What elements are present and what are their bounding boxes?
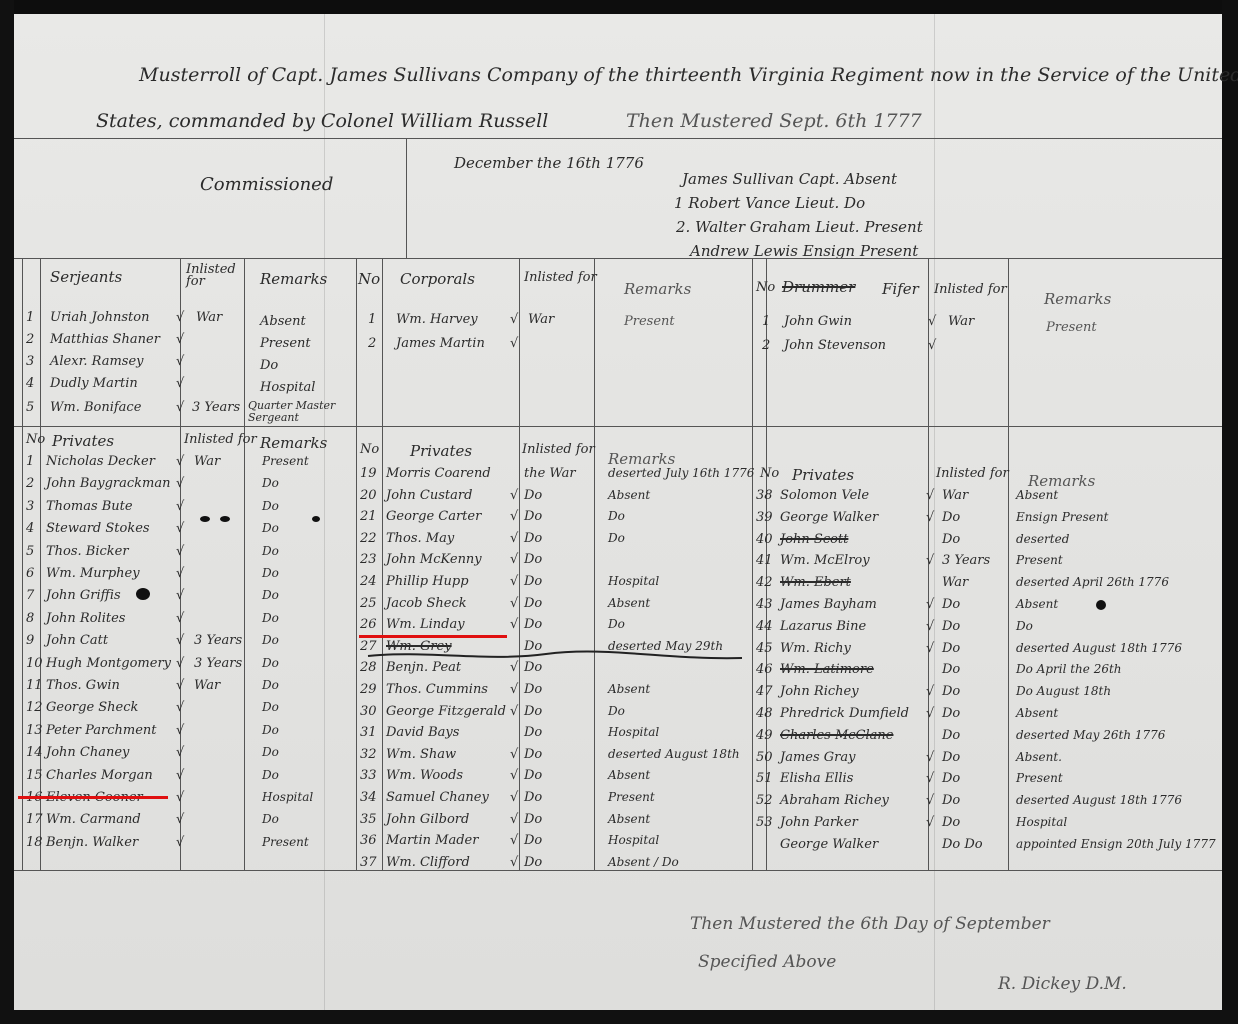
soldier-name: Thos. Bicker: [46, 544, 129, 559]
row-number: 6: [26, 566, 34, 581]
check-mark: √: [926, 771, 934, 786]
soldier-name: Elisha Ellis: [780, 771, 853, 786]
row-number: 52: [756, 793, 773, 808]
enlisted-term: 3 Years: [194, 656, 242, 671]
enlisted-term: Do: [942, 510, 960, 525]
soldier-name: Wm. Latimore: [780, 662, 874, 677]
remark: Present: [624, 314, 675, 329]
rule: [14, 138, 1222, 139]
officer-entry: James Sullivan Capt. Absent: [682, 170, 897, 188]
check-mark: √: [176, 723, 184, 738]
muster-roll-document: Musterroll of Capt. James Sullivans Comp…: [14, 14, 1222, 1010]
remark: Ensign Present: [1016, 510, 1108, 524]
check-mark: √: [510, 617, 518, 632]
row-number: 3: [26, 499, 34, 514]
soldier-name: David Bays: [386, 725, 459, 740]
row-number: 4: [26, 376, 34, 391]
remark: Do April the 26th: [1016, 662, 1122, 676]
check-mark: √: [510, 682, 518, 697]
check-mark: √: [176, 700, 184, 715]
soldier-name: Wm. Boniface: [50, 400, 141, 415]
check-mark: √: [510, 833, 518, 848]
column-header-number: No: [26, 432, 45, 447]
row-number: 8: [26, 611, 34, 626]
remark: Do: [262, 812, 279, 826]
row-number: 48: [756, 706, 773, 721]
row-number: 3: [26, 354, 34, 369]
row-number: 34: [360, 790, 377, 805]
soldier-name: George Walker: [780, 510, 878, 525]
soldier-name: Benjn. Walker: [46, 835, 138, 850]
enlisted-term: Do Do: [942, 837, 983, 852]
check-mark: √: [176, 476, 184, 491]
soldier-name: Wm. McElroy: [780, 553, 870, 568]
remark: deserted May 26th 1776: [1016, 728, 1165, 742]
remark: Do: [608, 531, 625, 545]
row-number: 1: [26, 454, 34, 469]
row-number: 1: [368, 312, 376, 327]
column-header-number: No: [756, 280, 775, 295]
enlisted-term: Do: [942, 771, 960, 786]
row-number: 13: [26, 723, 43, 738]
soldier-name: George Walker: [780, 837, 878, 852]
soldier-name: Charles Morgan: [46, 768, 153, 783]
enlisted-term: Do: [942, 706, 960, 721]
enlisted-term: Do: [942, 793, 960, 808]
column-header-privates: Privates: [792, 466, 854, 484]
enlisted-term: Do: [942, 728, 960, 743]
scan-border-left: [0, 0, 14, 1024]
row-number: 2: [26, 332, 34, 347]
check-mark: √: [510, 574, 518, 589]
remark: Do: [262, 521, 279, 535]
check-mark: √: [176, 310, 184, 325]
remark: Present: [260, 336, 311, 351]
scan-border-bottom: [0, 1010, 1238, 1024]
enlisted-term: War: [942, 575, 968, 590]
remark: Hospital: [262, 790, 313, 804]
soldier-name: James Gray: [780, 750, 855, 765]
highlight-underline-eleven-cooner: [18, 796, 168, 799]
check-mark: √: [510, 312, 518, 327]
soldier-name: George Carter: [386, 509, 481, 524]
row-number: 12: [26, 700, 43, 715]
soldier-name: Martin Mader: [386, 833, 478, 848]
row-number: 2: [762, 338, 770, 353]
row-number: 21: [360, 509, 377, 524]
enlisted-term: Do: [524, 855, 542, 870]
soldier-name: John Richey: [780, 684, 859, 699]
remark: Do: [262, 768, 279, 782]
soldier-name: Nicholas Decker: [46, 454, 155, 469]
enlisted-term: Do: [942, 641, 960, 656]
check-mark: √: [926, 488, 934, 503]
soldier-name: John Baygrackman: [46, 476, 170, 491]
remark: Do: [262, 499, 279, 513]
remark: Absent: [608, 488, 650, 502]
check-mark: √: [176, 332, 184, 347]
check-mark: √: [176, 544, 184, 559]
remark: deserted August 18th 1776: [1016, 641, 1182, 655]
remark: Hospital: [608, 833, 659, 847]
row-number: 29: [360, 682, 377, 697]
check-mark: √: [510, 531, 518, 546]
remark: Absent: [608, 812, 650, 826]
remark: appointed Ensign 20th July 1777: [1016, 837, 1216, 851]
enlisted-term: War: [196, 310, 222, 325]
row-number: 46: [756, 662, 773, 677]
officer-entry: 2. Walter Graham Lieut. Present: [676, 218, 923, 236]
row-number: 14: [26, 745, 43, 760]
check-mark: √: [926, 706, 934, 721]
enlisted-term: Do: [942, 597, 960, 612]
row-number: 26: [360, 617, 377, 632]
document-title-line1: Musterroll of Capt. James Sullivans Comp…: [139, 64, 1238, 86]
ink-blot: [136, 588, 150, 600]
row-number: 35: [360, 812, 377, 827]
soldier-name: Hugh Montgomery: [46, 656, 171, 671]
soldier-name: John Scott: [780, 532, 848, 547]
row-number: 30: [360, 704, 377, 719]
remark: Do: [262, 611, 279, 625]
soldier-name: Uriah Johnston: [50, 310, 149, 325]
commissioned-label: Commissioned: [200, 174, 333, 195]
row-number: 2: [26, 476, 34, 491]
check-mark: √: [510, 747, 518, 762]
row-number: 17: [26, 812, 43, 827]
ink-blot: [200, 516, 210, 522]
soldier-name: John Gwin: [784, 314, 852, 329]
enlisted-term: Do: [942, 532, 960, 547]
remark: Hospital: [608, 574, 659, 588]
column-header-remarks: Remarks: [260, 270, 327, 288]
enlisted-term: War: [948, 314, 974, 329]
enlisted-term: Do: [524, 725, 542, 740]
remark: Absent: [1016, 488, 1058, 502]
check-mark: √: [176, 611, 184, 626]
row-number: 40: [756, 532, 773, 547]
remark: Do: [262, 678, 279, 692]
soldier-name: Wm. Linday: [386, 617, 465, 632]
check-mark: √: [510, 855, 518, 870]
row-number: 32: [360, 747, 377, 762]
soldier-name: Phillip Hupp: [386, 574, 469, 589]
row-number: 37: [360, 855, 377, 870]
signature: R. Dickey D.M.: [998, 974, 1127, 994]
column-header-privates: Privates: [410, 442, 472, 460]
check-mark: √: [510, 336, 518, 351]
check-mark: √: [176, 499, 184, 514]
soldier-name: Thos. May: [386, 531, 454, 546]
row-number: 4: [26, 521, 34, 536]
remark: Do August 18th: [1016, 684, 1111, 698]
enlisted-term: War: [194, 454, 220, 469]
row-number: 39: [756, 510, 773, 525]
row-number: 20: [360, 488, 377, 503]
remark: Absent: [608, 768, 650, 782]
soldier-name: Samuel Chaney: [386, 790, 489, 805]
commission-date: December the 16th 1776: [454, 154, 644, 172]
soldier-name: Wm. Clifford: [386, 855, 470, 870]
soldier-name: John Griffis: [46, 588, 121, 603]
enlisted-term: Do: [524, 833, 542, 848]
row-number: 44: [756, 619, 773, 634]
rule: [752, 258, 753, 870]
enlisted-term: Do: [524, 682, 542, 697]
enlisted-term: Do: [942, 619, 960, 634]
enlisted-term: War: [528, 312, 554, 327]
rule: [1008, 258, 1009, 870]
soldier-name: John Chaney: [46, 745, 129, 760]
remark: Absent: [260, 314, 306, 329]
enlisted-term: Do: [942, 684, 960, 699]
check-mark: √: [926, 641, 934, 656]
row-number: 41: [756, 553, 773, 568]
footer-specified-line: Specified Above: [698, 952, 836, 972]
remark: Absent / Do: [608, 855, 679, 869]
enlisted-term: Do: [524, 531, 542, 546]
enlisted-term: Do: [524, 812, 542, 827]
check-mark: √: [176, 354, 184, 369]
check-mark: √: [926, 684, 934, 699]
soldier-name: Wm. Harvey: [396, 312, 478, 327]
enlisted-term: Do: [524, 790, 542, 805]
remark: Do: [262, 745, 279, 759]
enlisted-term: War: [194, 678, 220, 693]
check-mark: √: [928, 338, 936, 353]
enlisted-term: Do: [524, 704, 542, 719]
remark: Present: [262, 835, 309, 849]
row-number: 15: [26, 768, 43, 783]
column-header-enlisted: Inlisted for: [184, 432, 257, 447]
enlisted-term: Do: [942, 750, 960, 765]
remark: Absent: [608, 596, 650, 610]
check-mark: √: [926, 793, 934, 808]
row-number: 36: [360, 833, 377, 848]
enlisted-term: Do: [524, 617, 542, 632]
remark: Do: [1016, 619, 1033, 633]
document-title-line2: States, commanded by Colonel William Rus…: [96, 110, 548, 132]
column-header-fifer: Fifer: [882, 280, 919, 298]
ink-blot: [1096, 600, 1106, 610]
enlisted-term: Do: [524, 596, 542, 611]
check-mark: √: [510, 488, 518, 503]
check-mark: √: [510, 552, 518, 567]
check-mark: √: [176, 656, 184, 671]
footer-muster-line: Then Mustered the 6th Day of September: [690, 914, 1050, 934]
column-header-remarks: Remarks: [624, 280, 691, 298]
column-header-enlisted: Inlisted for: [936, 466, 1009, 481]
remark: Do: [262, 656, 279, 670]
rule: [14, 426, 1222, 427]
row-number: 18: [26, 835, 43, 850]
check-mark: √: [176, 521, 184, 536]
remark: Absent: [608, 682, 650, 696]
row-number: 51: [756, 771, 773, 786]
rule: [406, 138, 407, 258]
remark: Hospital: [260, 380, 315, 395]
check-mark: √: [926, 597, 934, 612]
row-number: 24: [360, 574, 377, 589]
soldier-name: Lazarus Bine: [780, 619, 866, 634]
remark: deserted: [1016, 532, 1069, 546]
row-number: 25: [360, 596, 377, 611]
remark: Do: [262, 588, 279, 602]
soldier-name: John Custard: [386, 488, 472, 503]
mustered-date: Then Mustered Sept. 6th 1777: [626, 110, 922, 132]
check-mark: √: [176, 768, 184, 783]
column-header-number: No: [360, 442, 379, 457]
check-mark: √: [510, 812, 518, 827]
check-mark: √: [510, 509, 518, 524]
column-header-serjeants: Serjeants: [50, 268, 122, 286]
column-header-number: No: [760, 466, 779, 481]
row-number: 5: [26, 544, 34, 559]
enlisted-term: Do: [942, 662, 960, 677]
check-mark: √: [510, 704, 518, 719]
row-number: 42: [756, 575, 773, 590]
strike-through-line: [366, 646, 746, 666]
check-mark: √: [928, 314, 936, 329]
check-mark: √: [176, 376, 184, 391]
remark: Do: [262, 723, 279, 737]
check-mark: √: [510, 790, 518, 805]
scan-border-top: [0, 0, 1238, 14]
soldier-name: Matthias Shaner: [50, 332, 160, 347]
remark: deserted August 18th: [608, 747, 740, 761]
remark: Present: [262, 454, 309, 468]
officer-entry: 1 Robert Vance Lieut. Do: [674, 194, 865, 212]
soldier-name: Steward Stokes: [46, 521, 150, 536]
remark: Do: [608, 617, 625, 631]
remark: Do: [262, 566, 279, 580]
row-number: 53: [756, 815, 773, 830]
check-mark: √: [176, 633, 184, 648]
soldier-name: Phredrick Dumfield: [780, 706, 909, 721]
soldier-name: Charles McClane: [780, 728, 893, 743]
remark: Hospital: [1016, 815, 1067, 829]
row-number: 38: [756, 488, 773, 503]
check-mark: √: [926, 619, 934, 634]
remark: Present: [1016, 553, 1063, 567]
check-mark: √: [176, 678, 184, 693]
soldier-name: James Martin: [396, 336, 485, 351]
enlisted-term: the War: [524, 466, 576, 481]
remark: Do: [260, 358, 278, 373]
remark: Do: [608, 509, 625, 523]
row-number: 1: [26, 310, 34, 325]
check-mark: √: [926, 553, 934, 568]
rule: [382, 258, 383, 870]
soldier-name: Jacob Sheck: [386, 596, 467, 611]
check-mark: √: [926, 750, 934, 765]
row-number: 45: [756, 641, 773, 656]
enlisted-term: 3 Years: [194, 633, 242, 648]
row-number: 7: [26, 588, 34, 603]
fold-crease: [324, 14, 325, 1010]
rule: [14, 258, 1222, 259]
row-number: 9: [26, 633, 34, 648]
check-mark: √: [176, 400, 184, 415]
soldier-name: Abraham Richey: [780, 793, 889, 808]
soldier-name: Wm. Ebert: [780, 575, 851, 590]
remark: Do: [608, 704, 625, 718]
remark: Hospital: [608, 725, 659, 739]
column-header-enlisted: Inlisted for: [934, 282, 1007, 297]
rule: [594, 258, 595, 870]
row-number: 5: [26, 400, 34, 415]
rule: [356, 258, 357, 870]
soldier-name: John Catt: [46, 633, 108, 648]
soldier-name: John Gilbord: [386, 812, 469, 827]
row-number: 33: [360, 768, 377, 783]
enlisted-term: War: [942, 488, 968, 503]
remark: Present: [608, 790, 655, 804]
enlisted-term: Do: [524, 747, 542, 762]
rule: [22, 258, 23, 870]
soldier-name: Thos. Cummins: [386, 682, 488, 697]
check-mark: √: [176, 566, 184, 581]
highlight-underline-wm-linday: [359, 635, 507, 638]
remark: deserted August 18th 1776: [1016, 793, 1182, 807]
check-mark: √: [510, 768, 518, 783]
check-mark: √: [176, 835, 184, 850]
enlisted-term: 3 Years: [942, 553, 990, 568]
enlisted-term: 3 Years: [192, 400, 240, 415]
enlisted-term: Do: [524, 574, 542, 589]
enlisted-term: Do: [942, 815, 960, 830]
soldier-name: George Fitzgerald: [386, 704, 506, 719]
column-header-remarks: Remarks: [260, 434, 327, 452]
soldier-name: Dudly Martin: [50, 376, 138, 391]
column-header-enlisted: Inlisted for: [522, 442, 595, 457]
remark: Do: [262, 700, 279, 714]
row-number: 2: [368, 336, 376, 351]
ink-blot: [220, 516, 230, 522]
soldier-name: Wm. Murphey: [46, 566, 140, 581]
column-header-remarks: Remarks: [1044, 290, 1111, 308]
column-header-number: No: [358, 270, 380, 288]
check-mark: √: [176, 745, 184, 760]
scan-border-right: [1222, 0, 1238, 1024]
check-mark: √: [176, 790, 184, 805]
remark: deserted July 16th 1776: [608, 466, 754, 480]
check-mark: √: [926, 510, 934, 525]
soldier-name: Wm. Richy: [780, 641, 851, 656]
remark: Absent: [1016, 706, 1058, 720]
soldier-name: Morris Coarend: [386, 466, 491, 481]
remark: deserted April 26th 1776: [1016, 575, 1169, 589]
column-header-enlisted: Inlisted for: [186, 264, 240, 288]
soldier-name: John Stevenson: [784, 338, 886, 353]
remark: Do: [262, 476, 279, 490]
enlisted-term: Do: [524, 488, 542, 503]
enlisted-term: Do: [524, 552, 542, 567]
column-header-corporals: Corporals: [400, 270, 475, 288]
soldier-name: Wm. Shaw: [386, 747, 456, 762]
rule: [519, 258, 520, 870]
soldier-name: John McKenny: [386, 552, 482, 567]
remark: Absent.: [1016, 750, 1062, 764]
soldier-name: John Parker: [780, 815, 858, 830]
column-header-drummer-struck: Drummer: [782, 278, 855, 296]
enlisted-term: Do: [524, 768, 542, 783]
rule: [244, 258, 245, 870]
check-mark: √: [176, 454, 184, 469]
row-number: 43: [756, 597, 773, 612]
soldier-name: John Rolites: [46, 611, 125, 626]
soldier-name: James Bayham: [780, 597, 877, 612]
